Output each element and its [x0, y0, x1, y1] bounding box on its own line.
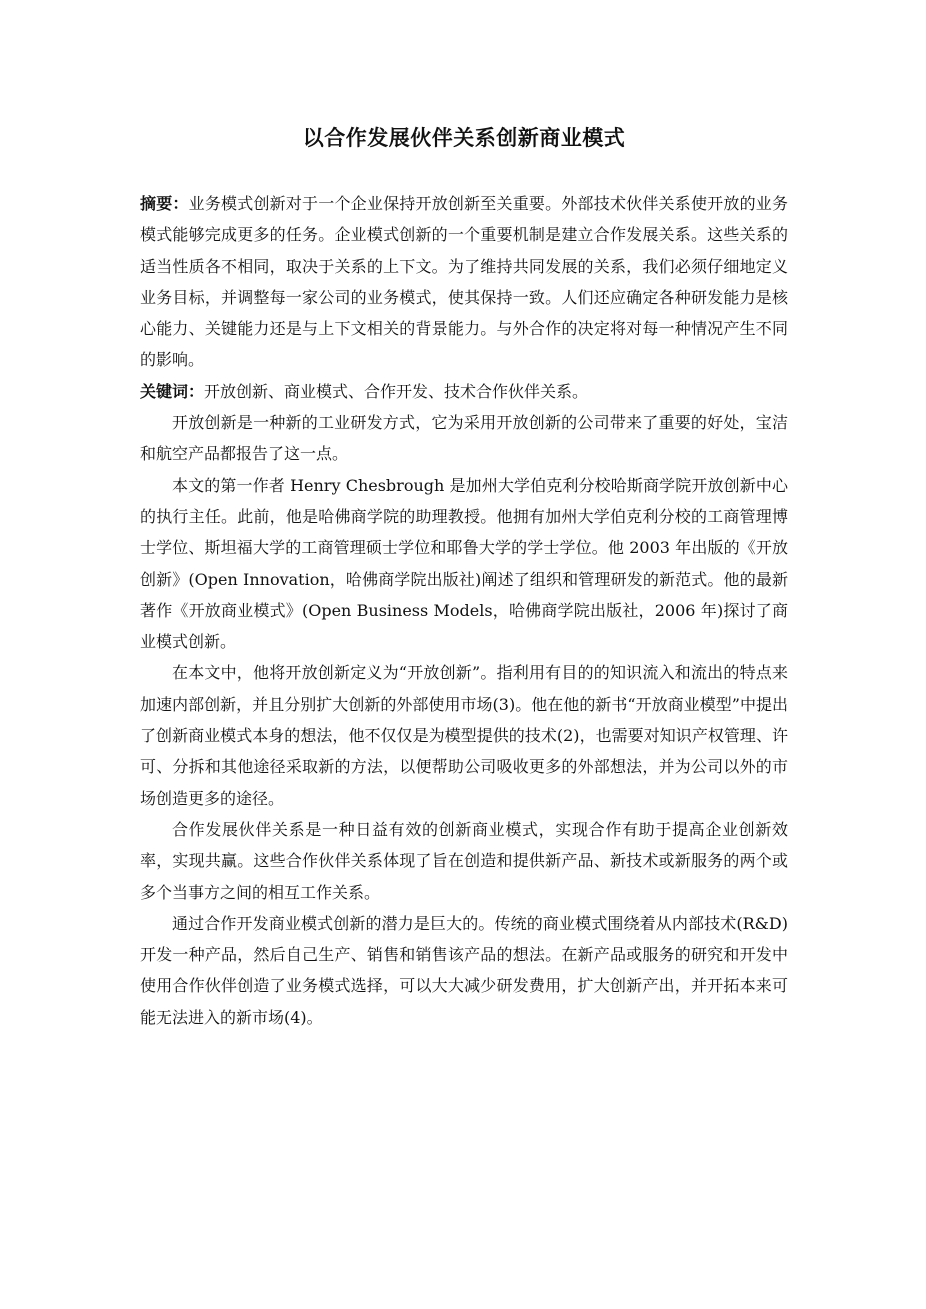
abstract-text: 业务模式创新对于一个企业保持开放创新至关重要。外部技术伙伴关系使开放的业务模式能… — [140, 194, 788, 369]
paragraph: 开放创新是一种新的工业研发方式，它为采用开放创新的公司带来了重要的好处，宝洁和航… — [140, 407, 788, 470]
document-title: 以合作发展伙伴关系创新商业模式 — [140, 122, 788, 154]
paragraph: 合作发展伙伴关系是一种日益有效的创新商业模式，实现合作有助于提高企业创新效率，实… — [140, 814, 788, 908]
abstract-label: 摘要： — [140, 194, 189, 213]
keywords-text: 开放创新、商业模式、合作开发、技术合作伙伴关系。 — [204, 382, 588, 401]
paragraph: 在本文中，他将开放创新定义为“开放创新”。指利用有目的的知识流入和流出的特点来加… — [140, 657, 788, 813]
paragraph: 本文的第一作者 Henry Chesbrough 是加州大学伯克利分校哈斯商学院… — [140, 470, 788, 658]
keywords-label: 关键词： — [140, 382, 204, 401]
abstract: 摘要：业务模式创新对于一个企业保持开放创新至关重要。外部技术伙伴关系使开放的业务… — [140, 188, 788, 376]
document-body: 摘要：业务模式创新对于一个企业保持开放创新至关重要。外部技术伙伴关系使开放的业务… — [140, 188, 788, 1033]
keywords: 关键词：开放创新、商业模式、合作开发、技术合作伙伴关系。 — [140, 376, 788, 407]
paragraph: 通过合作开发商业模式创新的潜力是巨大的。传统的商业模式围绕着从内部技术(R&D)… — [140, 908, 788, 1033]
